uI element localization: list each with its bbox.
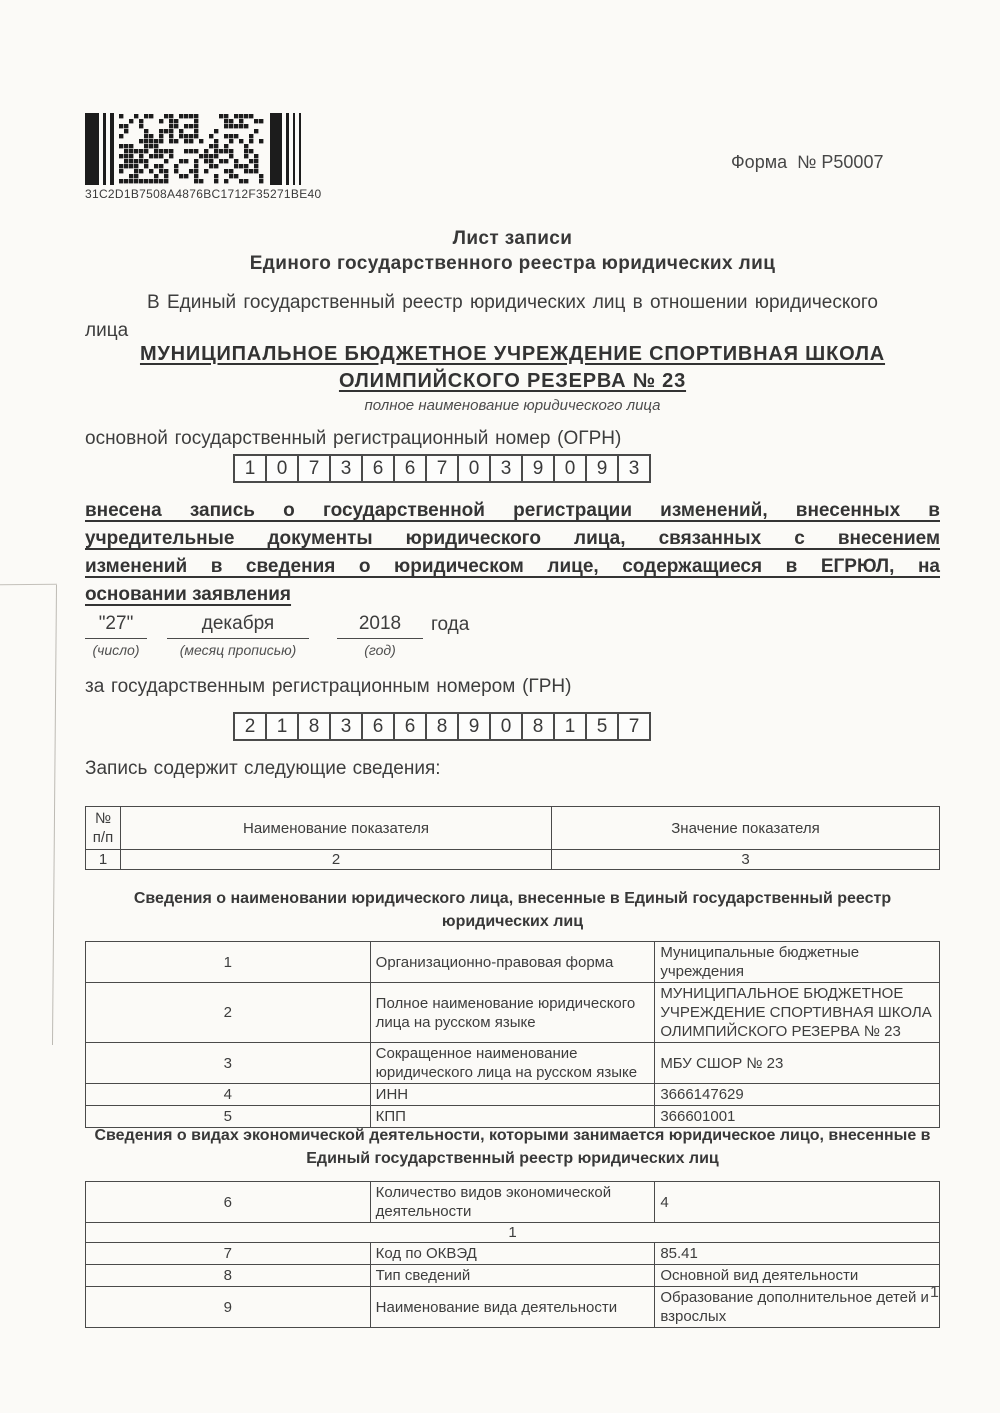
date-year-value: 2018 <box>337 613 423 639</box>
title-line2: Единого государственного реестра юридиче… <box>85 251 940 276</box>
digit-box: 6 <box>393 454 427 483</box>
cell-label: Полное наименование юридического лица на… <box>370 983 655 1043</box>
registration-date: "27" (число) декабря (месяц прописью) 20… <box>85 613 469 658</box>
cell-value: 4 <box>655 1182 940 1223</box>
digit-box: 7 <box>425 454 459 483</box>
section-names-line2: юридических лиц <box>85 910 940 933</box>
span-cell: 1 <box>86 1223 940 1243</box>
barcode-2d-icon <box>85 113 303 185</box>
cell-label: ИНН <box>370 1084 655 1106</box>
table-row: 1Организационно-правовая формаМуниципаль… <box>86 942 940 983</box>
cell-label: Наименование вида деятельности <box>370 1287 655 1328</box>
table-row: 9Наименование вида деятельностиОбразован… <box>86 1287 940 1328</box>
digit-box: 3 <box>617 454 651 483</box>
digit-box: 0 <box>553 454 587 483</box>
intro-paragraph: В Единый государственный реестр юридичес… <box>85 289 940 345</box>
digit-box: 8 <box>425 712 459 741</box>
digit-box: 9 <box>585 454 619 483</box>
cell-num: 3 <box>86 1043 371 1084</box>
cell-value: Муниципальные бюджетные учреждения <box>655 942 940 983</box>
cell-num: 1 <box>86 942 371 983</box>
digit-box: 7 <box>617 712 651 741</box>
ogrn-digit-boxes: 1073667039093 <box>233 454 651 483</box>
col-index-3: 3 <box>552 850 940 870</box>
digit-box: 1 <box>553 712 587 741</box>
col-header-name: Наименование показателя <box>121 807 552 850</box>
section-names-line1: Сведения о наименовании юридического лиц… <box>85 887 940 910</box>
statement-line4: основании заявления <box>85 581 940 609</box>
digit-box: 8 <box>297 712 331 741</box>
ogrn-label: основной государственный регистрационный… <box>85 428 621 450</box>
digit-box: 1 <box>233 454 267 483</box>
digit-box: 3 <box>489 454 523 483</box>
col-index-2: 2 <box>121 850 552 870</box>
date-month-caption: (месяц прописью) <box>167 642 309 658</box>
entity-name-line1: МУНИЦИПАЛЬНОЕ БЮДЖЕТНОЕ УЧРЕЖДЕНИЕ СПОРТ… <box>140 343 885 365</box>
cell-value: 3666147629 <box>655 1084 940 1106</box>
table-row: 7Код по ОКВЭД85.41 <box>86 1243 940 1265</box>
date-year-caption: (год) <box>337 642 423 658</box>
date-day-value: "27" <box>85 613 147 639</box>
cell-label: Количество видов экономической деятельно… <box>370 1182 655 1223</box>
table-row: 4ИНН3666147629 <box>86 1084 940 1106</box>
digit-box: 3 <box>329 712 363 741</box>
entity-name-caption: полное наименование юридического лица <box>85 397 940 414</box>
table-row: 2Полное наименование юридического лица н… <box>86 983 940 1043</box>
digit-box: 9 <box>457 712 491 741</box>
cell-value: Основной вид деятельности <box>655 1265 940 1287</box>
record-contents-intro: Запись содержит следующие сведения: <box>85 758 441 780</box>
digit-box: 6 <box>393 712 427 741</box>
date-year-suffix: года <box>431 613 469 636</box>
table-row: 8Тип сведенийОсновной вид деятельности <box>86 1265 940 1287</box>
col-header-num: № п/п <box>86 807 121 850</box>
cell-value: Образование дополнительное детей и взрос… <box>655 1287 940 1328</box>
grn-label: за государственным регистрационным номер… <box>85 676 571 698</box>
cell-value: 85.41 <box>655 1243 940 1265</box>
section-activities-line2: Единый государственный реестр юридически… <box>85 1147 940 1170</box>
cell-num: 2 <box>86 983 371 1043</box>
digit-box: 1 <box>265 712 299 741</box>
date-month-value: декабря <box>167 613 309 639</box>
registration-statement: внесена запись о государственной регистр… <box>85 497 940 609</box>
page-number: 1 <box>930 1284 939 1302</box>
title-line1: Лист записи <box>85 226 940 251</box>
date-day-caption: (число) <box>85 642 147 658</box>
digit-box: 9 <box>521 454 555 483</box>
table-entity-names: 1Организационно-правовая формаМуниципаль… <box>85 941 940 1128</box>
digit-box: 8 <box>521 712 555 741</box>
entity-name-line2: ОЛИМПИЙСКОГО РЕЗЕРВА № 23 <box>339 370 686 392</box>
digit-box: 6 <box>361 454 395 483</box>
digit-box: 5 <box>585 712 619 741</box>
cell-num: 7 <box>86 1243 371 1265</box>
date-day-group: "27" (число) <box>85 613 147 658</box>
digit-box: 0 <box>457 454 491 483</box>
cell-num: 6 <box>86 1182 371 1223</box>
table-column-headers: № п/п Наименование показателя Значение п… <box>85 806 940 870</box>
table-row: 6Количество видов экономической деятельн… <box>86 1182 940 1223</box>
date-year-group: 2018 (год) <box>337 613 423 658</box>
table-row: 1 <box>86 1223 940 1243</box>
statement-line1: внесена запись о государственной регистр… <box>85 497 940 525</box>
cell-label: Организационно-правовая форма <box>370 942 655 983</box>
digit-box: 3 <box>329 454 363 483</box>
col-index-1: 1 <box>86 850 121 870</box>
barcode-code: 31C2D1B7508A4876BC1712F35271BE40 <box>85 187 303 201</box>
scan-artifact-horizontal <box>0 584 57 585</box>
document-title: Лист записи Единого государственного рее… <box>85 226 940 276</box>
entity-name: МУНИЦИПАЛЬНОЕ БЮДЖЕТНОЕ УЧРЕЖДЕНИЕ СПОРТ… <box>85 341 940 395</box>
col-header-value: Значение показателя <box>552 807 940 850</box>
cell-num: 9 <box>86 1287 371 1328</box>
cell-label: Тип сведений <box>370 1265 655 1287</box>
section-header-names: Сведения о наименовании юридического лиц… <box>85 887 940 933</box>
intro-line1: В Единый государственный реестр юридичес… <box>85 289 940 317</box>
cell-label: Код по ОКВЭД <box>370 1243 655 1265</box>
grn-digit-boxes: 2183668908157 <box>233 712 651 741</box>
section-activities-line1: Сведения о видах экономической деятельно… <box>85 1124 940 1147</box>
digit-box: 7 <box>297 454 331 483</box>
table-row: 3Сокращенное наименование юридического л… <box>86 1043 940 1084</box>
cell-num: 4 <box>86 1084 371 1106</box>
cell-value: МБУ СШОР № 23 <box>655 1043 940 1084</box>
cell-num: 8 <box>86 1265 371 1287</box>
header-row: № п/п Наименование показателя Значение п… <box>86 807 940 850</box>
scan-artifact-vertical <box>52 585 57 1045</box>
digit-box: 0 <box>265 454 299 483</box>
column-index-row: 1 2 3 <box>86 850 940 870</box>
digit-box: 2 <box>233 712 267 741</box>
date-month-group: декабря (месяц прописью) <box>167 613 309 658</box>
section-header-activities: Сведения о видах экономической деятельно… <box>85 1124 940 1170</box>
digit-box: 0 <box>489 712 523 741</box>
form-number-label: Форма № Р50007 <box>731 152 883 173</box>
document-page: 31C2D1B7508A4876BC1712F35271BE40 Форма №… <box>85 0 940 1413</box>
cell-label: Сокращенное наименование юридического ли… <box>370 1043 655 1084</box>
statement-line3: изменений в сведения о юридическом лице,… <box>85 553 940 581</box>
digit-box: 6 <box>361 712 395 741</box>
table-activities: 6Количество видов экономической деятельн… <box>85 1181 940 1328</box>
cell-value: МУНИЦИПАЛЬНОЕ БЮДЖЕТНОЕ УЧРЕЖДЕНИЕ СПОРТ… <box>655 983 940 1043</box>
barcode-block: 31C2D1B7508A4876BC1712F35271BE40 <box>85 113 303 201</box>
statement-line2: учредительные документы юридического лиц… <box>85 525 940 553</box>
